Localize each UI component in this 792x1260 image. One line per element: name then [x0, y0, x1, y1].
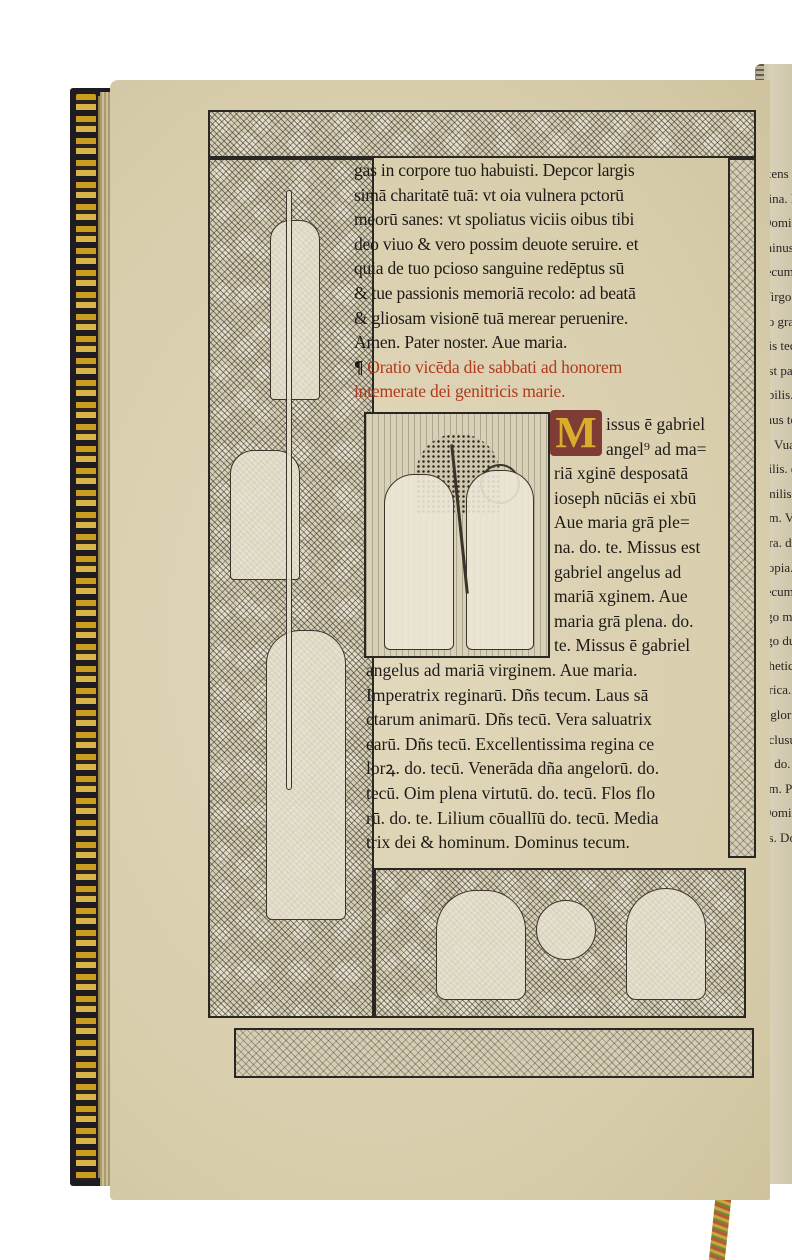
rubric-line: ¶Oratio vicēda die sabbati ad honorem: [354, 355, 738, 380]
text-line: deo viuo & vero possim deuote seruire. e…: [354, 232, 738, 257]
main-text-block: gas in corpore tuo habuisti. Depcor larg…: [354, 158, 738, 404]
text-line: na. do. te. Missus est: [554, 535, 740, 560]
top-border-woodcut: [208, 110, 756, 158]
text-line: mariā xginem. Aue: [554, 584, 740, 609]
lower-text-block: angelus ad mariā virginem. Aue maria. Im…: [366, 658, 742, 855]
text-line: angel⁹ ad ma=: [554, 437, 740, 462]
text-line: gabriel angelus ad: [554, 560, 740, 585]
flower-ornament: [536, 900, 596, 960]
text-line: ctarum animarū. Dñs tecū. Vera saluatrix: [366, 707, 742, 732]
text-line: issus ē gabriel: [554, 412, 740, 437]
text-line: tecū. Oim plena virtutū. do. tecū. Flos …: [366, 781, 742, 806]
text-line: lorꝝ. do. tecū. Venerāda dña angelorū. d…: [366, 756, 742, 781]
text-line: te. Missus ē gabriel: [554, 633, 740, 658]
text-line: & tue passionis memoriā recolo: ad beatā: [354, 281, 738, 306]
base-border-woodcut: [234, 1028, 754, 1078]
pilcrow-icon: ¶: [354, 357, 363, 377]
climbing-figure: [270, 220, 320, 400]
gilt-tooling: [76, 94, 96, 1180]
text-line: earū. Dñs tecū. Excellentissima regina c…: [366, 732, 742, 757]
text-line: angelus ad mariā virginem. Aue maria.: [366, 658, 742, 683]
text-line: quia de tuo pcioso sanguine redēptus sū: [354, 256, 738, 281]
wild-man-figure-left: [436, 890, 526, 1000]
text-line: & gliosam visionē tuā merear peruenire.: [354, 306, 738, 331]
rubric-line: intemerate dei genitricis marie.: [354, 379, 738, 404]
bottom-border-woodcut: [374, 868, 746, 1018]
tree-trunk: [286, 190, 292, 790]
text-line: maria grā plena. do.: [554, 609, 740, 634]
virgin-mary-figure: [466, 470, 534, 650]
text-line: ioseph nūciās ei xbū: [554, 486, 740, 511]
text-line: Imperatrix reginarū. Dñs tecum. Laus sā: [366, 683, 742, 708]
text-line: simā charitatē tuā: vt oia vulnera pctor…: [354, 183, 738, 208]
text-beside-miniature: issus ē gabriel angel⁹ ad ma= riā xginē …: [554, 412, 740, 658]
wild-man-figure-right: [626, 888, 706, 1000]
angel-gabriel-figure: [384, 474, 454, 650]
standing-woman-figure: [266, 630, 346, 920]
text-line: rū. do. te. Lilium cōuallīū do. tecū. Me…: [366, 806, 742, 831]
text-line: meorū sanes: vt spoliatus viciis oibus t…: [354, 207, 738, 232]
text-line: Amen. Pater noster. Aue maria.: [354, 330, 738, 355]
left-border-woodcut: [208, 158, 374, 1018]
text-line: Aue maria grā ple=: [554, 510, 740, 535]
annunciation-miniature: [364, 412, 550, 658]
text-line: gas in corpore tuo habuisti. Depcor larg…: [354, 158, 738, 183]
rubric-text: Oratio vicēda die sabbati ad honorem: [367, 357, 622, 377]
text-line: riā xginē desposatā: [554, 461, 740, 486]
ribbon-bookmark: [709, 1200, 731, 1260]
text-line: trix dei & hominum. Dominus tecum.: [366, 830, 742, 855]
